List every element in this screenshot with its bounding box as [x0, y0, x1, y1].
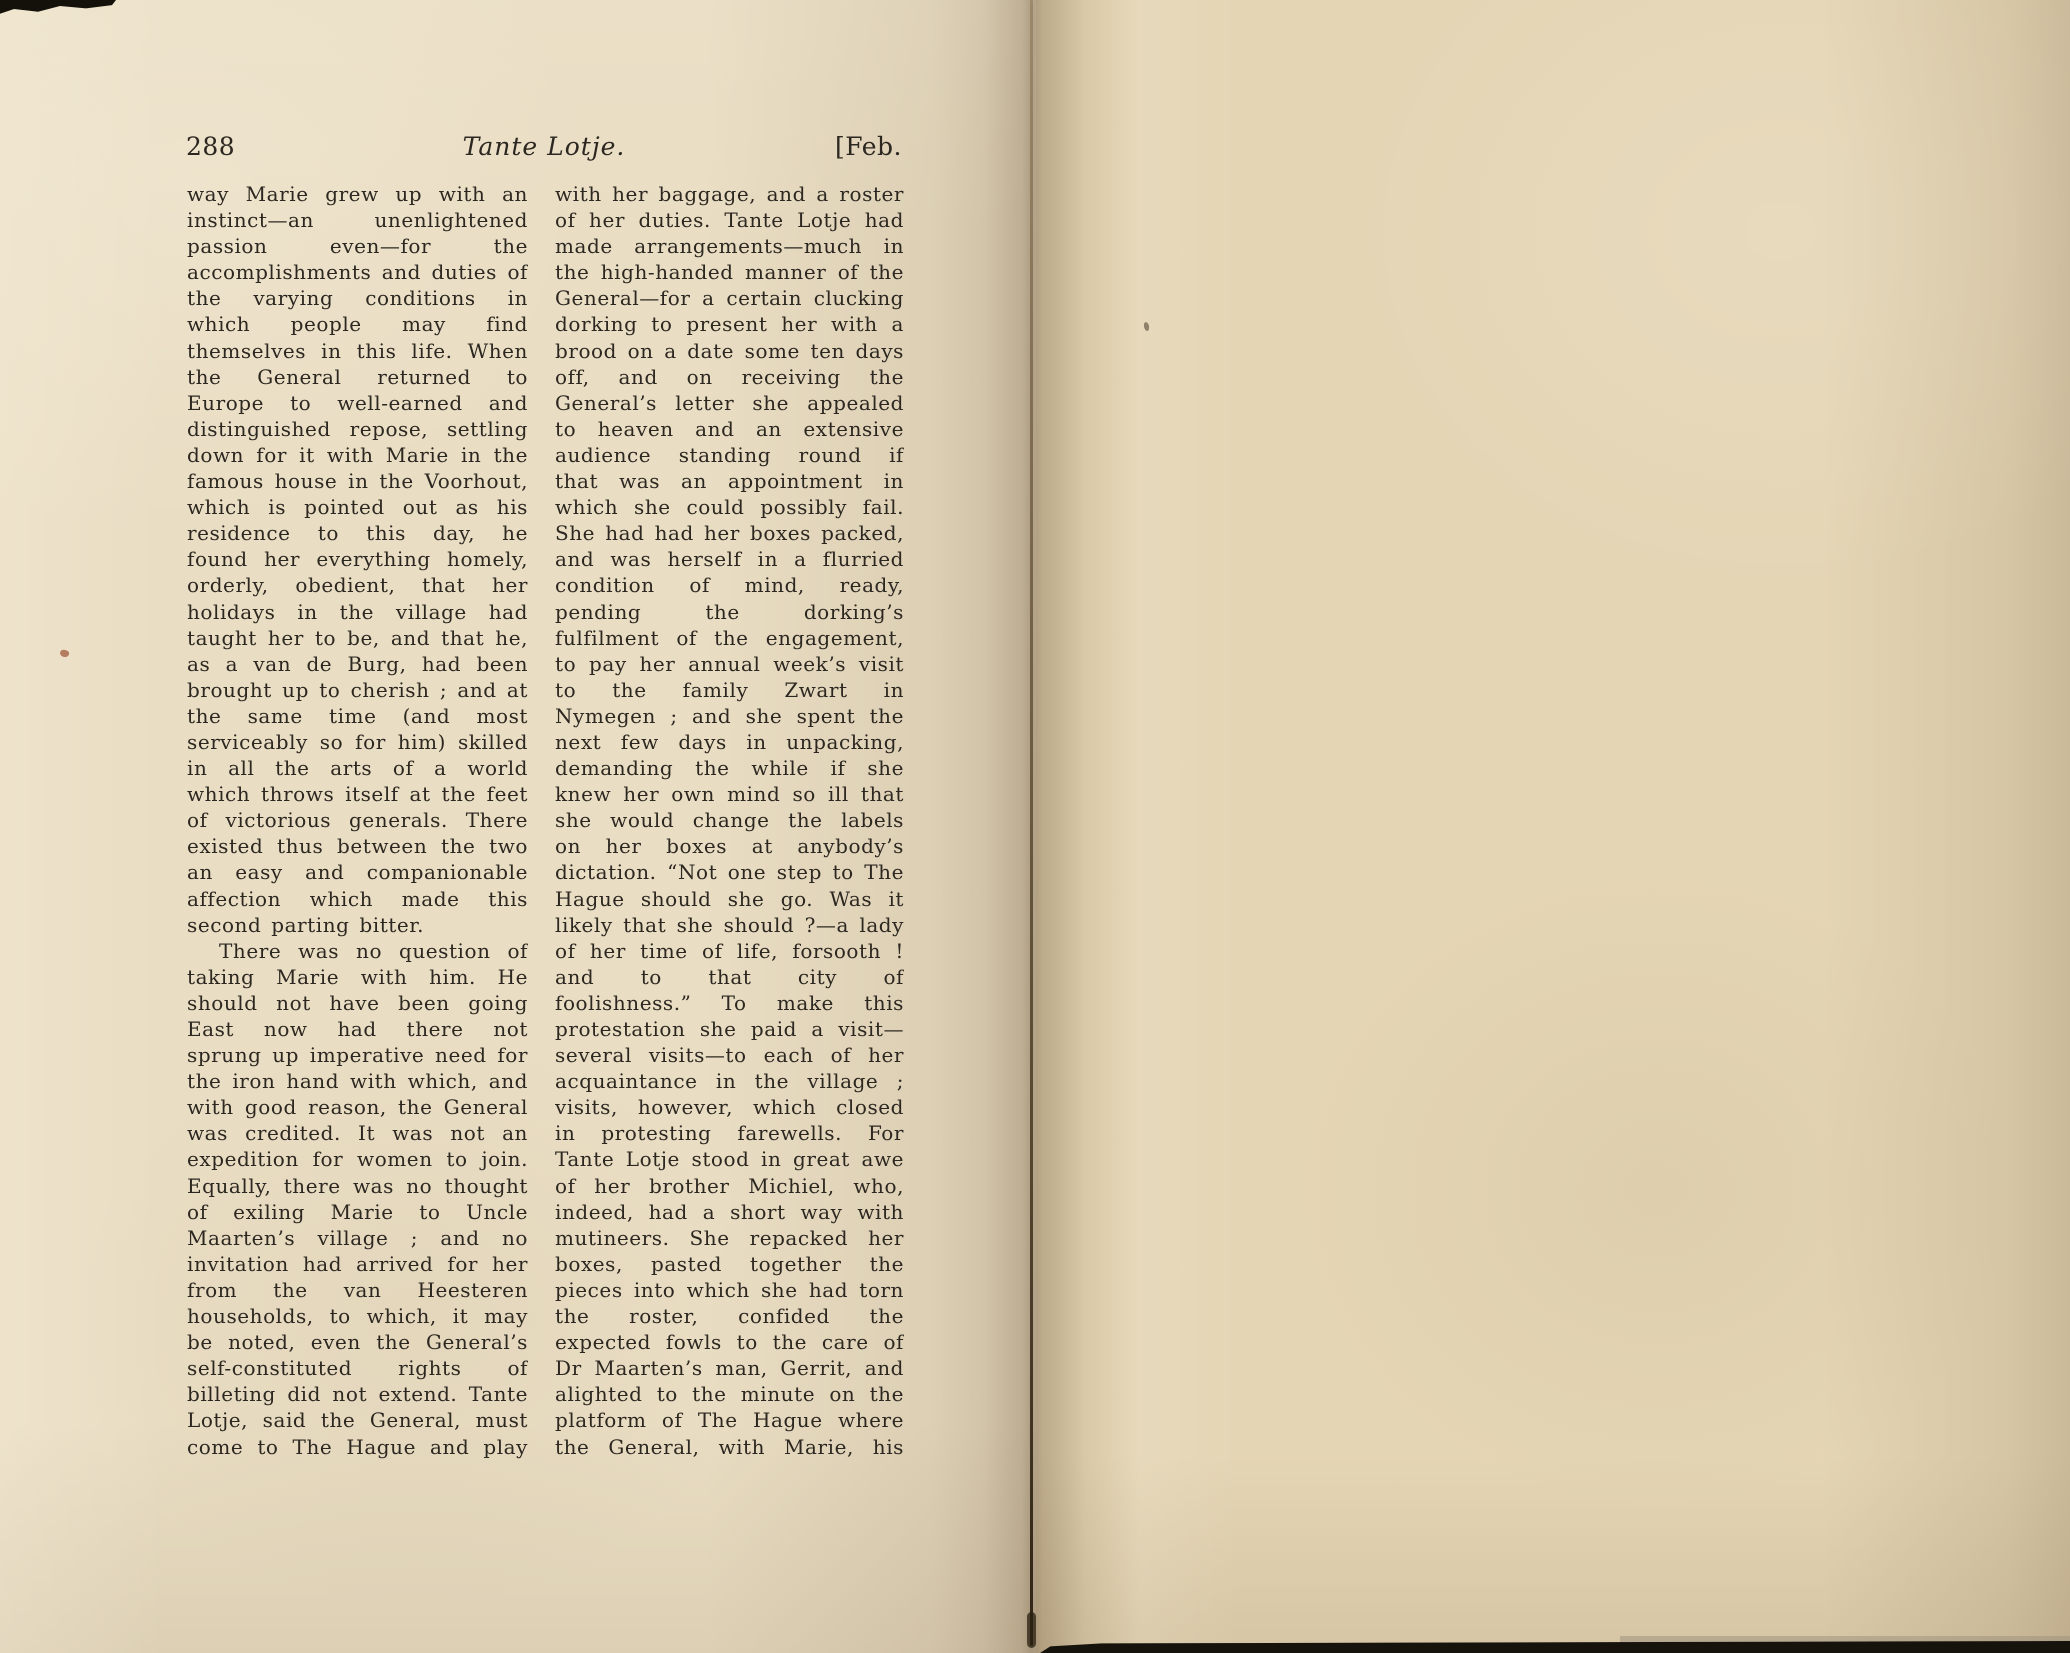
scan-page-left: 288 Tante Lotje. [Feb. way Marie grew up…	[0, 0, 1036, 1653]
text-column: with her baggage, and a roster of her du…	[555, 181, 904, 1463]
text-run: way Marie grew up with an instinct—an un…	[187, 182, 528, 937]
book-scan: { "colors":{ "paper_left":"#e9ddc3", "pa…	[0, 0, 2070, 1653]
text-run: with her baggage, and a roster of her du…	[555, 182, 904, 1463]
page-gutter-blot	[1027, 1612, 1036, 1648]
page-header-left: 288 Tante Lotje. [Feb.	[186, 132, 902, 168]
scan-page-right: 1899.] Tante Lotje. 289 convinced the Ge…	[1036, 0, 2070, 1653]
page-gutter-line	[1030, 0, 1033, 1646]
page-number: 288	[186, 132, 463, 161]
page-gutter-shadow	[984, 0, 1084, 1653]
paragraph: There was no question of taking Marie wi…	[187, 938, 528, 1463]
running-title: Tante Lotje.	[463, 132, 626, 161]
text-run: There was no question of taking Marie wi…	[187, 939, 528, 1463]
issue-date-marker: [Feb.	[625, 132, 902, 161]
paragraph: with her baggage, and a roster of her du…	[555, 181, 904, 1463]
paragraph: way Marie grew up with an instinct—an un…	[187, 181, 528, 938]
text-column: way Marie grew up with an instinct—an un…	[187, 181, 528, 1463]
